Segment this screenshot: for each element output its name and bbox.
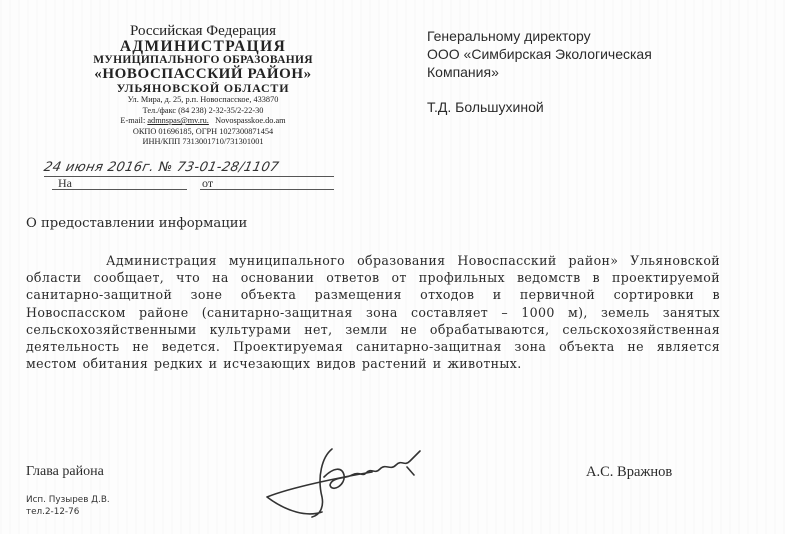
letterhead-country: Российская Федерация bbox=[38, 23, 368, 39]
on-underline bbox=[52, 189, 187, 190]
addressee-company-line2: Компания» bbox=[427, 63, 767, 81]
letterhead-administration: АДМИНИСТРАЦИЯ bbox=[38, 39, 368, 54]
executor-block: Исп. Пузырев Д.В. тел.2-12-76 bbox=[26, 494, 110, 518]
signatory-title: Глава района bbox=[26, 464, 104, 480]
letterhead-address: Ул. Мира, д. 25, р.п. Новоспасское, 4338… bbox=[38, 95, 368, 106]
email-label: E-mail: bbox=[120, 116, 145, 125]
number-sign: № bbox=[159, 160, 173, 175]
addressee-position: Генеральному директору bbox=[427, 27, 767, 45]
reply-reference-line: На от bbox=[44, 176, 334, 189]
email-link[interactable]: admnspas@mv.ru. bbox=[147, 116, 209, 125]
letter-subject: О предоставлении информации bbox=[26, 216, 247, 231]
letterhead-region: УЛЬЯНОВСКОЙ ОБЛАСТИ bbox=[38, 82, 368, 95]
addressee-block: Генеральному директору ООО «Симбирская Э… bbox=[427, 27, 767, 116]
from-underline bbox=[200, 189, 334, 190]
letterhead-inn-kpp: ИНН/КПП 7313001710/731301001 bbox=[38, 137, 368, 148]
handwritten-date: 24 июня 2016г. bbox=[42, 160, 155, 175]
addressee-name: Т.Д. Большухиной bbox=[427, 98, 767, 116]
website-text: Novospasskoe.do.am bbox=[215, 116, 286, 125]
letterhead-phone: Тел./факс (84 238) 2-32-35/2-22-30 bbox=[38, 106, 368, 117]
handwritten-number: 73-01-28/1107 bbox=[176, 160, 281, 175]
executor-phone: тел.2-12-76 bbox=[26, 506, 110, 518]
signatory-name: А.С. Вражнов bbox=[586, 464, 672, 481]
letterhead-okpo-ogrn: ОКПО 01696185, ОГРН 1027300871454 bbox=[38, 127, 368, 138]
reference-date-number: 24 июня 2016г. № 73-01-28/1107 bbox=[44, 160, 334, 177]
letter-page: Российская Федерация АДМИНИСТРАЦИЯ МУНИЦ… bbox=[0, 0, 785, 534]
executor-name: Исп. Пузырев Д.В. bbox=[26, 494, 110, 506]
letterhead-email-line: E-mail: admnspas@mv.ru. Novospasskoe.do.… bbox=[38, 116, 368, 127]
addressee-company-line1: ООО «Симбирская Экологическая bbox=[427, 45, 767, 63]
letterhead-district: «НОВОСПАССКИЙ РАЙОН» bbox=[38, 67, 368, 82]
letter-body: Администрация муниципального образования… bbox=[26, 252, 720, 372]
letterhead: Российская Федерация АДМИНИСТРАЦИЯ МУНИЦ… bbox=[38, 23, 368, 148]
handwritten-signature-icon bbox=[262, 437, 452, 522]
